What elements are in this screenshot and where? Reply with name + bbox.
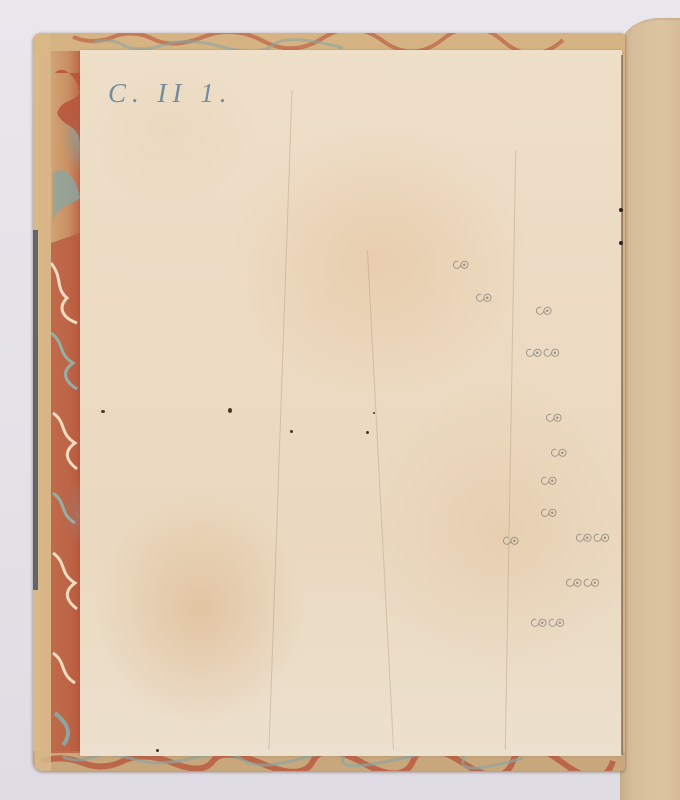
paper-speck — [228, 408, 232, 413]
pencil-mark: ꩦꩦ — [525, 340, 560, 367]
gutter-line — [621, 55, 623, 755]
pencil-mark: ꩦ — [535, 298, 553, 325]
paper-crease — [268, 90, 292, 750]
paper-crease — [367, 250, 394, 749]
paper-speck — [156, 749, 159, 752]
binding-stitch — [619, 208, 623, 212]
paper-speck — [366, 431, 369, 434]
board-edge-shadow — [33, 230, 38, 590]
pencil-mark: ꩦ — [475, 285, 493, 312]
pencil-mark: ꩦ — [550, 440, 568, 467]
paper-speck — [373, 412, 375, 414]
pencil-mark: ꩦ — [502, 528, 520, 555]
pencil-mark: ꩦꩦ — [530, 610, 565, 637]
paper-speck — [101, 410, 105, 413]
pencil-mark: ꩦ — [540, 468, 558, 495]
facing-flyleaf — [620, 18, 680, 800]
pencil-mark: ꩦ — [452, 252, 470, 279]
paper-speck — [290, 430, 293, 433]
pencil-mark: ꩦ — [545, 405, 563, 432]
shelfmark-inscription: C. II 1. — [108, 78, 233, 109]
binding-stitch — [619, 241, 623, 245]
pencil-mark: ꩦ — [540, 500, 558, 527]
pencil-mark: ꩦꩦ — [575, 525, 610, 552]
paste-down-leaf — [80, 50, 622, 756]
paper-crease — [505, 150, 516, 750]
pencil-mark: ꩦꩦ — [565, 570, 600, 597]
